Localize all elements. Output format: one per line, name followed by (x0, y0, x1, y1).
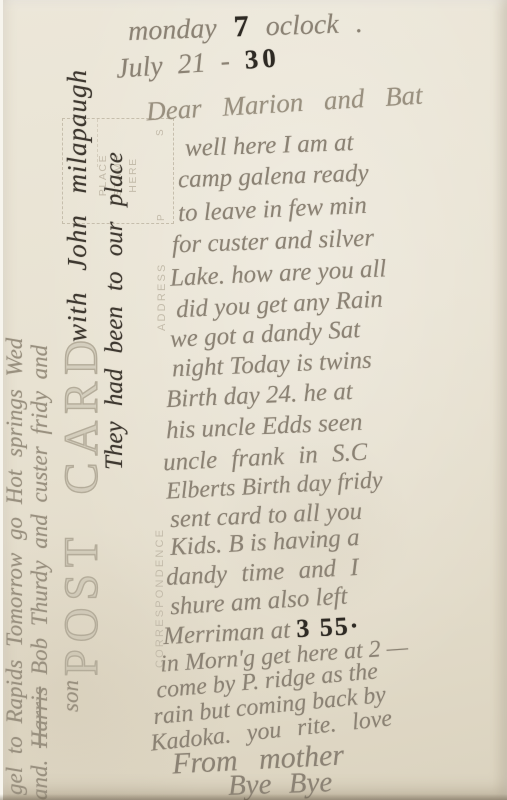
greeting-line: Dear Marion and Bat (145, 80, 423, 128)
stamp-box-letter-s: S (155, 128, 166, 136)
header-day: monday (128, 13, 218, 47)
header-hour-overwritten: 7 (233, 10, 249, 44)
margin-note-pencil-3: son (58, 680, 84, 712)
margin-note-ink-2: They had been to our place (101, 152, 129, 470)
header-line-1: monday 7 oclock . (127, 6, 363, 48)
header-oclock: oclock . (265, 8, 363, 42)
scan-edge-bottom (0, 794, 507, 800)
header-date: July 21 - (115, 46, 231, 85)
body-line-9: Birth day 24. he at (165, 378, 353, 414)
postcard-back: PLACE STAMP HERE S P POST CARD ADDRESS C… (0, 0, 507, 800)
margin-note-pencil-1: gel to Rapids Tomorrow go Hot springs We… (2, 338, 28, 795)
body-line-3: to leave in few min (177, 192, 367, 228)
body-line-4: for custer and silver (172, 224, 375, 259)
margin-note-ink-1: with John milapaugh (62, 69, 93, 342)
stamp-box-letter-p: P (156, 213, 167, 221)
margin-note-pencil-2: and. Harris Bob Thurdy and custer fridy … (27, 345, 53, 800)
header-date-line: July 21 - 30 (115, 42, 281, 85)
body-line-2: camp galena ready (178, 160, 370, 195)
margin-note-pencil-2-struck: Harris (27, 687, 52, 748)
body-line-1: well here I am at (185, 129, 354, 163)
margin-note-pencil-2-post: Bob Thurdy and custer fridy and (27, 345, 52, 675)
address-label: ADDRESS (156, 262, 168, 331)
header-year-overwritten: 30 (244, 42, 281, 74)
